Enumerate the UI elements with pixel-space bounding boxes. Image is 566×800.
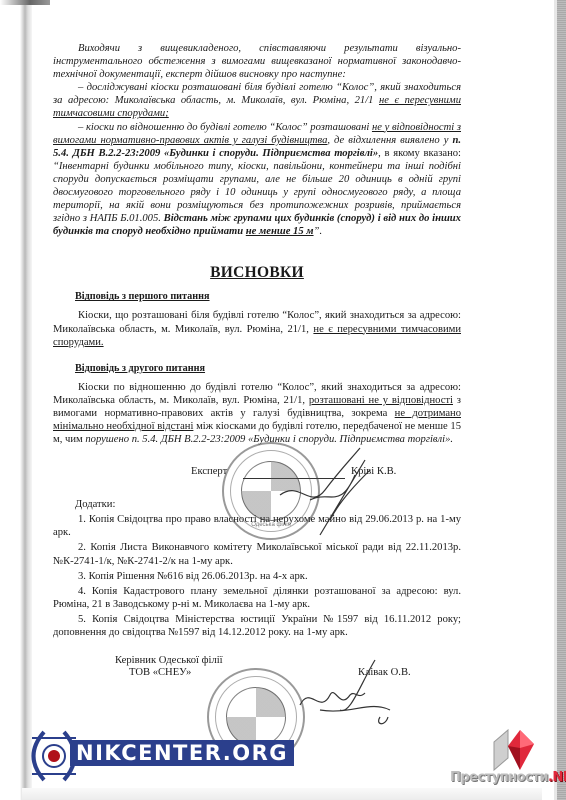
head-name: Клівак О.В.	[358, 667, 411, 678]
prestupnosti-main: Преступности	[450, 770, 548, 785]
answer-2-title: Відповідь з другого питання	[75, 363, 461, 374]
answer-1-text: Кіоски, що розташовані біля будівлі готе…	[53, 309, 461, 348]
intro-paragraph: Виходячи з вищевикладеного, співставляюч…	[53, 42, 461, 81]
head-role: Керівник Одеської філії	[115, 655, 223, 666]
finding-bullet-2: – кіоски по відношенню до будівлі готелю…	[53, 121, 461, 239]
red-crystal-logo-icon	[490, 728, 542, 772]
answer-2-underlined-1: розташовані не у відповідності	[309, 395, 453, 406]
prestupnosti-text: Преступности.NET	[450, 770, 566, 785]
round-seal-stamp-icon: Одеська філія	[222, 442, 320, 540]
finding-2-text-b: , де відхилення виявлено у	[327, 135, 452, 146]
answer-1-title: Відповідь з першого питання	[75, 291, 461, 302]
scan-left-edge	[0, 0, 32, 800]
nikcenter-watermark: NIKCENTER.ORG	[30, 728, 290, 784]
stamp-text: Одеська філія	[224, 522, 318, 528]
expert-label: Експерт	[191, 466, 227, 477]
regulation-quote-end: ”.	[314, 226, 323, 237]
answer-2-text: Кіоски по відношенню до будівлі готелю “…	[53, 381, 461, 446]
attachment-item: 4. Копія Кадастрового плану земельної ді…	[53, 585, 461, 611]
scan-top-corner	[0, 0, 50, 5]
nikcenter-text: NIKCENTER.ORG	[70, 740, 294, 766]
attachment-item: 2. Копія Листа Виконавчого комітету Мико…	[53, 541, 461, 567]
attachment-item: 3. Копія Рішення №616 від 26.06.2013р. н…	[53, 570, 461, 583]
scan-right-edge	[557, 0, 566, 800]
regulation-quote-underlined: не менше 15 м	[246, 226, 314, 237]
attachment-item: 5. Копія Свідоцтва Міністерства юстиції …	[53, 613, 461, 639]
finding-2-text-c: , в якому вказано:	[378, 148, 461, 159]
document-page: Виходячи з вищевикладеного, співставляюч…	[53, 42, 461, 695]
finding-bullet-1: – досліджувані кіоски розташовані біля б…	[53, 81, 461, 120]
prestupnosti-suffix: .NET	[548, 770, 566, 785]
conclusions-heading: ВИСНОВКИ	[53, 264, 461, 282]
expert-name: Кріві К.В.	[351, 466, 396, 477]
finding-2-text: – кіоски по відношенню до будівлі готелю…	[78, 122, 372, 133]
head-organization: ТОВ «СНЕУ»	[129, 667, 191, 678]
prestupnosti-watermark: Преступности.NET	[450, 728, 560, 792]
